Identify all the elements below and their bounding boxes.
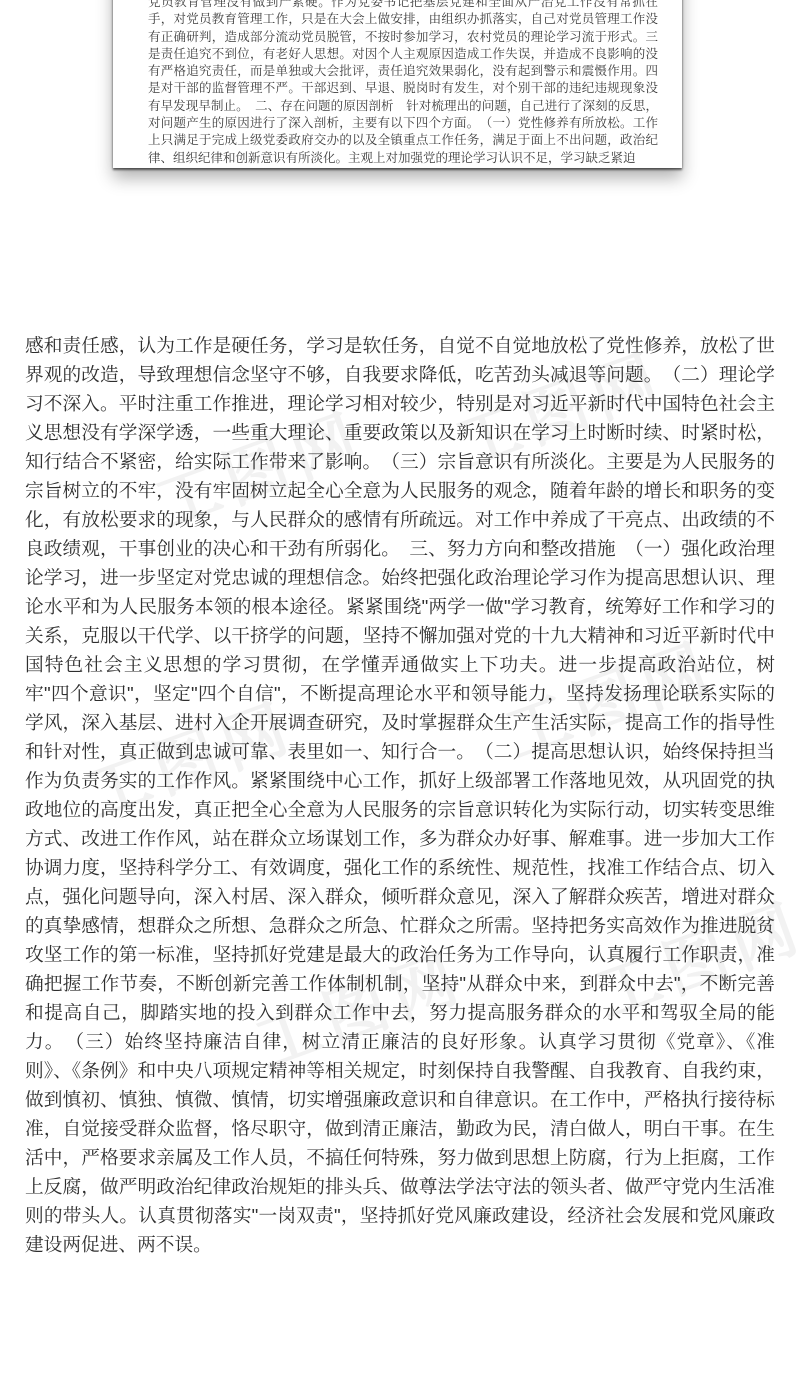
preview-text: 党员教育管理没有做到严紧硬。作为党委书记把基层党建和全面从严治党工作没有常抓在手… [148, 0, 658, 167]
document-preview-thumbnail[interactable]: 党员教育管理没有做到严紧硬。作为党委书记把基层党建和全面从严治党工作没有常抓在手… [113, 0, 682, 168]
document-body-text: 感和责任感，认为工作是硬任务，学习是软任务，自觉不自觉地放松了党性修养，放松了世… [25, 331, 775, 1259]
page: 党员教育管理没有做到严紧硬。作为党委书记把基层党建和全面从严治党工作没有常抓在手… [0, 0, 800, 1390]
